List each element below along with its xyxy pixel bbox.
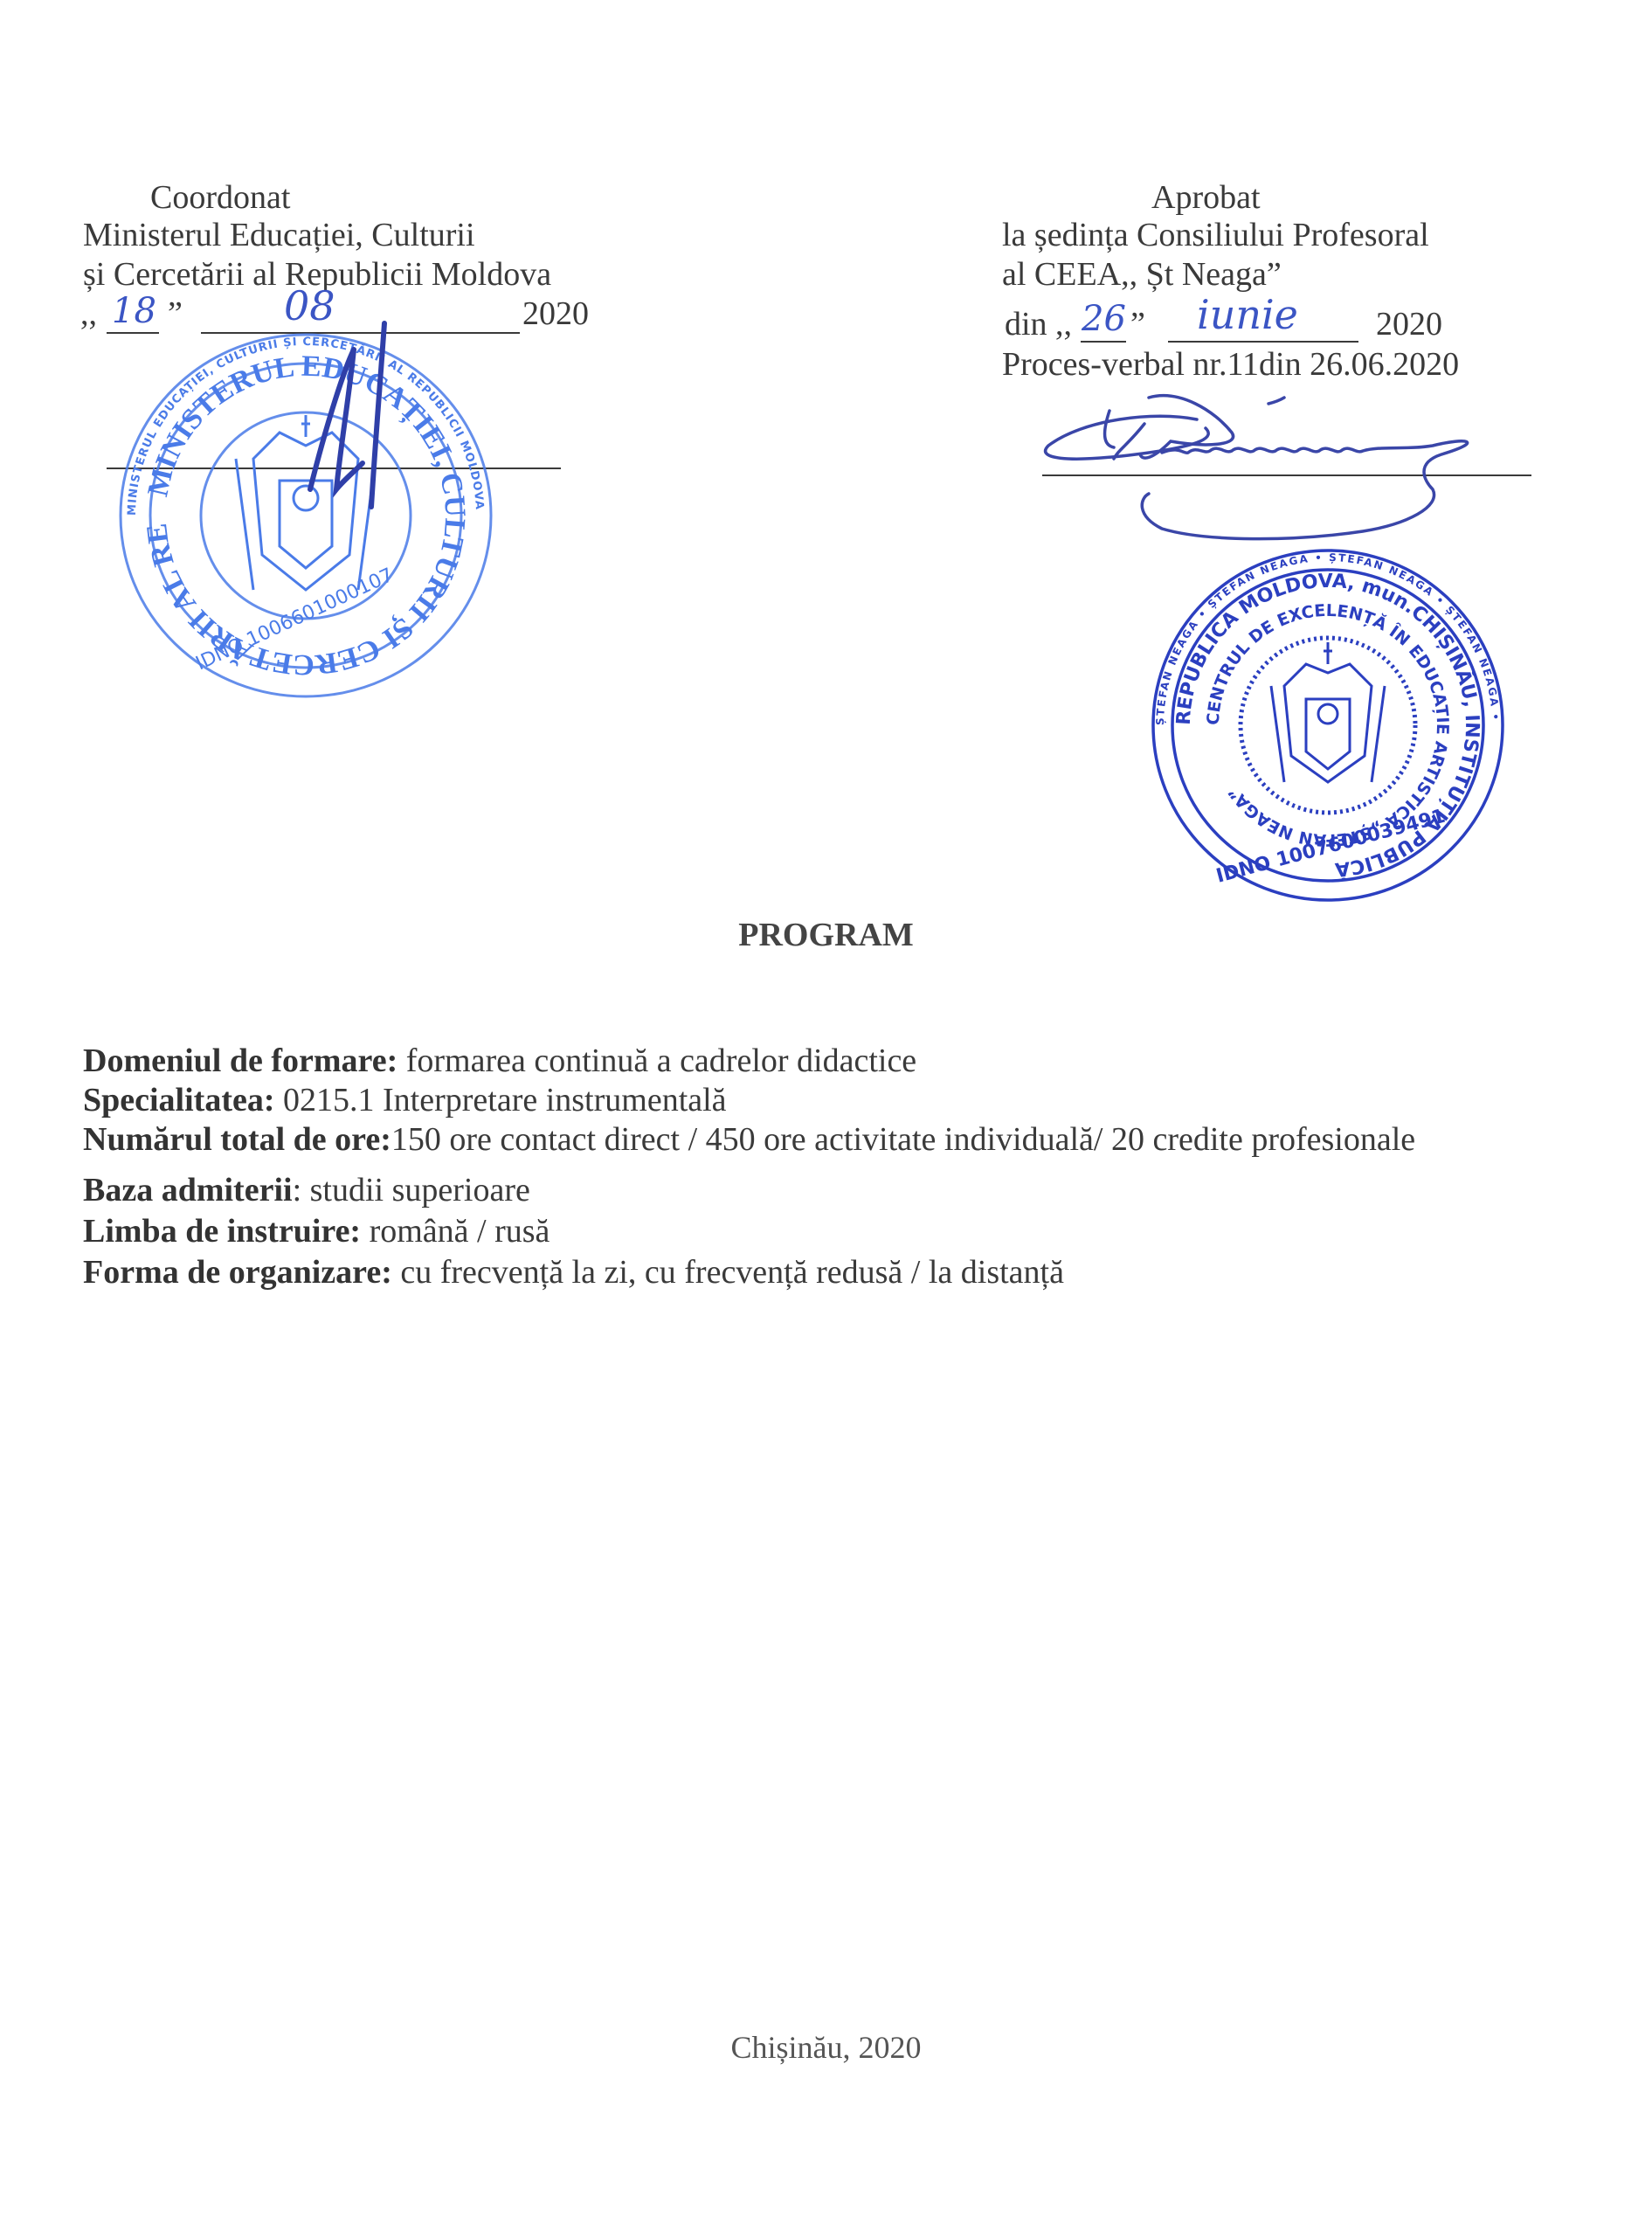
field-value: formarea continuă a cadrelor didactice <box>397 1042 916 1079</box>
month-blank-line-right <box>1168 341 1358 343</box>
day-handwritten-right: 26 <box>1082 301 1126 336</box>
field-value: : studii superioare <box>293 1172 530 1209</box>
aprobat-heading: Aprobat <box>1151 181 1261 214</box>
coordonat-line1: Ministerul Educației, Culturii <box>83 218 475 252</box>
day-handwritten: 18 <box>112 294 156 329</box>
field-forma-de-organizare: Forma de organizare: cu frecvență la zi,… <box>83 1256 1064 1289</box>
field-label: Domeniul de formare: <box>83 1042 397 1079</box>
day-blank-line-right <box>1081 341 1126 343</box>
field-label: Specialitatea: <box>83 1082 275 1118</box>
month-handwritten-right: iunie <box>1197 297 1298 332</box>
field-label: Baza admiterii <box>83 1172 293 1209</box>
proces-verbal: Proces-verbal nr.11din 26.06.2020 <box>1002 348 1459 381</box>
date-close-quote-right: ” <box>1130 308 1145 341</box>
field-value: cu frecvență la zi, cu frecvență redusă … <box>392 1254 1064 1291</box>
institution-stamp: ȘTEFAN NEAGA • ȘTEFAN NEAGA • ȘTEFAN NEA… <box>1144 546 1511 904</box>
coordonat-heading: Coordonat <box>150 181 290 214</box>
field-numarul-total-de-ore: Numărul total de ore:150 ore contact dir… <box>83 1123 1415 1156</box>
field-value: 0215.1 Interpretare instrumentală <box>275 1082 727 1118</box>
date-close-quote: ” <box>168 297 183 330</box>
left-signature <box>301 315 406 516</box>
aprobat-line1: la ședința Consiliului Profesoral <box>1002 218 1429 252</box>
field-label: Forma de organizare: <box>83 1254 392 1291</box>
right-signature <box>1031 384 1555 559</box>
document-title: PROGRAM <box>0 916 1652 954</box>
field-value: română / rusă <box>361 1213 550 1250</box>
field-baza-admiterii: Baza admiterii: studii superioare <box>83 1174 530 1207</box>
date-open-quote: ,, <box>80 297 97 330</box>
date-year-right: 2020 <box>1376 308 1442 341</box>
field-limba-de-instruire: Limba de instruire: română / rusă <box>83 1215 550 1248</box>
field-label: Numărul total de ore: <box>83 1121 391 1158</box>
field-domeniul-de-formare: Domeniul de formare: formarea continuă a… <box>83 1044 916 1077</box>
date-prefix: din ,, <box>1005 308 1072 341</box>
field-label: Limba de instruire: <box>83 1213 361 1250</box>
field-value: 150 ore contact direct / 450 ore activit… <box>391 1121 1415 1158</box>
place-and-year: Chișinău, 2020 <box>0 2029 1652 2066</box>
aprobat-line2: al CEEA,, Șt Neaga” <box>1002 258 1282 291</box>
date-year: 2020 <box>522 297 589 330</box>
field-specialitatea: Specialitatea: 0215.1 Interpretare instr… <box>83 1084 727 1117</box>
